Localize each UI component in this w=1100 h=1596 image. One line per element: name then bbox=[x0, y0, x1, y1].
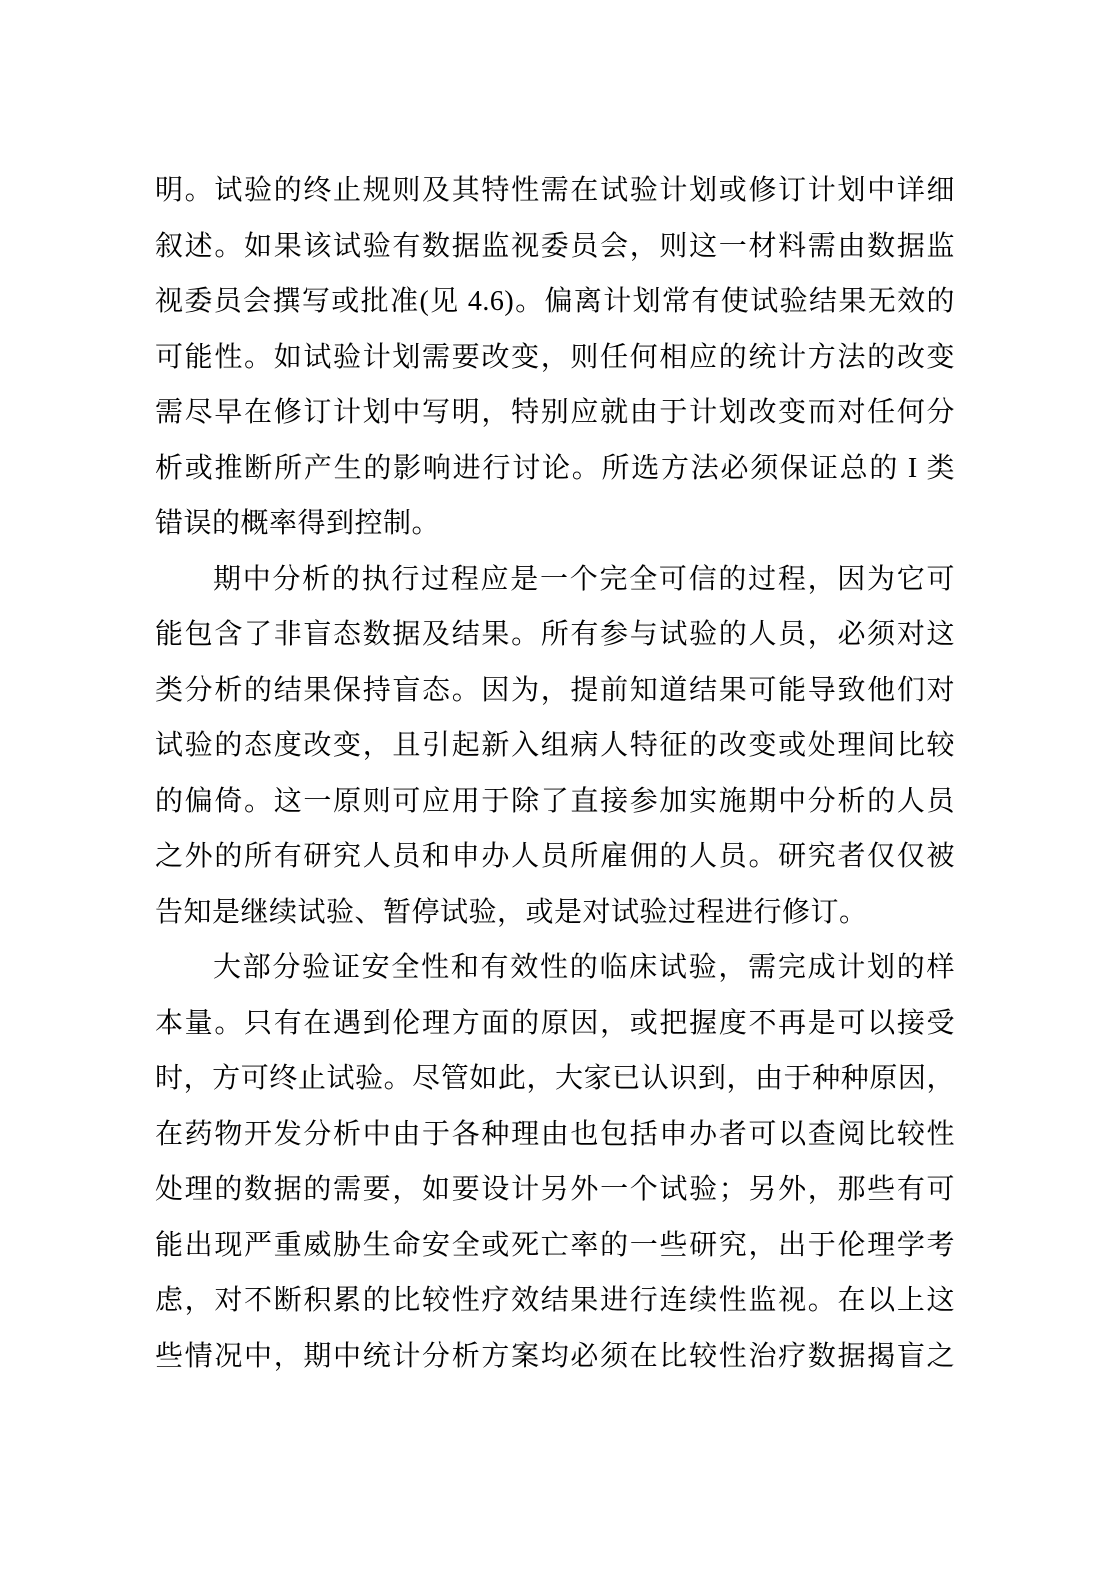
text-line: 期中分析的执行过程应是一个完全可信的过程，因为它可 bbox=[155, 552, 955, 608]
text-line: 需尽早在修订计划中写明，特别应就由于计划改变而对任何分 bbox=[155, 385, 955, 441]
text-line: 能包含了非盲态数据及结果。所有参与试验的人员，必须对这 bbox=[155, 607, 955, 663]
text-line: 明。试验的终止规则及其特性需在试验计划或修订计划中详细 bbox=[155, 163, 955, 219]
text-line: 的偏倚。这一原则可应用于除了直接参加实施期中分析的人员 bbox=[155, 774, 955, 830]
body-text: 明。试验的终止规则及其特性需在试验计划或修订计划中详细 叙述。如果该试验有数据监… bbox=[155, 163, 955, 1384]
text-line: 虑，对不断积累的比较性疗效结果进行连续性监视。在以上这 bbox=[155, 1273, 955, 1329]
text-line: 可能性。如试验计划需要改变，则任何相应的统计方法的改变 bbox=[155, 330, 955, 386]
text-line: 类分析的结果保持盲态。因为，提前知道结果可能导致他们对 bbox=[155, 663, 955, 719]
text-line: 告知是继续试验、暂停试验，或是对试验过程进行修订。 bbox=[155, 885, 955, 941]
text-line: 时，方可终止试验。尽管如此，大家已认识到，由于种种原因， bbox=[155, 1051, 955, 1107]
text-line: 在药物开发分析中由于各种理由也包括申办者可以查阅比较性 bbox=[155, 1107, 955, 1163]
text-line: 能出现严重威胁生命安全或死亡率的一些研究，出于伦理学考 bbox=[155, 1218, 955, 1274]
text-line: 视委员会撰写或批准(见 4.6)。偏离计划常有使试验结果无效的 bbox=[155, 274, 955, 330]
text-line: 试验的态度改变，且引起新入组病人特征的改变或处理间比较 bbox=[155, 718, 955, 774]
document-page: 明。试验的终止规则及其特性需在试验计划或修订计划中详细 叙述。如果该试验有数据监… bbox=[0, 0, 1100, 1596]
text-line: 本量。只有在遇到伦理方面的原因，或把握度不再是可以接受 bbox=[155, 996, 955, 1052]
text-line: 错误的概率得到控制。 bbox=[155, 496, 955, 552]
text-line: 叙述。如果该试验有数据监视委员会，则这一材料需由数据监 bbox=[155, 219, 955, 275]
text-line: 析或推断所产生的影响进行讨论。所选方法必须保证总的 I 类 bbox=[155, 441, 955, 497]
text-line: 些情况中，期中统计分析方案均必须在比较性治疗数据揭盲之 bbox=[155, 1329, 955, 1385]
text-line: 大部分验证安全性和有效性的临床试验，需完成计划的样 bbox=[155, 940, 955, 996]
text-line: 之外的所有研究人员和申办人员所雇佣的人员。研究者仅仅被 bbox=[155, 829, 955, 885]
text-line: 处理的数据的需要，如要设计另外一个试验；另外，那些有可 bbox=[155, 1162, 955, 1218]
